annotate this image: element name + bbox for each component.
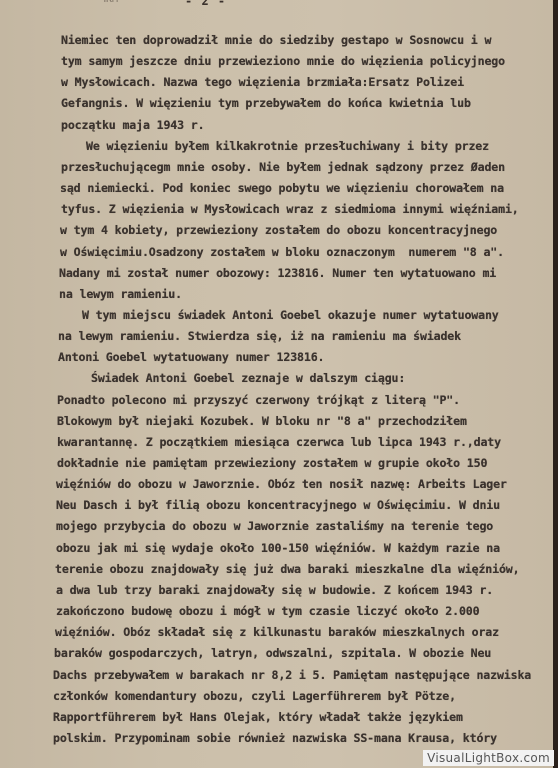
- text-line: Neu Dasch i był filią obozu koncentracyj…: [56, 498, 500, 512]
- text-line: początku maja 1943 r.: [61, 118, 204, 132]
- text-line: przesłuchującegm mnie osoby. Nie byłem j…: [61, 160, 505, 174]
- text-line: mojego przybycia do obozu w Jaworznie za…: [56, 519, 493, 533]
- text-line: dokładnie nie pamiętam przewieziony zost…: [57, 456, 487, 470]
- text-line: na lewym ramieniu. Stwierdza się, iż na …: [58, 329, 461, 343]
- page-edge-shadow: [553, 0, 558, 768]
- text-line: sąd niemiecki. Pod koniec swego pobytu w…: [60, 181, 504, 195]
- page-number: - 2 -: [185, 0, 226, 8]
- text-line: Dachs przebywałem w barakach nr 8,2 i 5.…: [53, 668, 531, 682]
- text-line: We więzieniu byłem kilkakrotnie przesłuc…: [86, 139, 489, 153]
- text-line: Ponadto polecono mi przyszyć czerwony tr…: [57, 393, 460, 407]
- text-line: Blokowym był niejaki Kozubek. W bloku nr…: [57, 414, 467, 428]
- text-line: a dwa lub trzy baraki znajdowały się w b…: [56, 583, 493, 597]
- text-line: Niemiec ten doprowadził mnie do siedziby…: [61, 33, 491, 47]
- text-line: Gefangnis. W więzieniu tym przebywałem d…: [61, 96, 471, 110]
- text-line: polskim. Przypominam sobie również nazwi…: [53, 731, 497, 745]
- text-line: w Oświęcimiu.Osadzony zostałem w bloku o…: [60, 245, 504, 259]
- text-line: tyfus. Z więzienia w Mysłowicach wraz z …: [61, 202, 519, 216]
- text-line: Nadany mi został numer obozowy: 123816. …: [59, 266, 496, 280]
- text-line: Świadek Antoni Goebel zeznaje w dalszym …: [91, 371, 405, 385]
- text-line: w tym 4 kobiety, przewieziony zostałem d…: [60, 223, 497, 237]
- document-page: ЧКМ - 2 - Niemiec ten doprowadził mnie d…: [0, 0, 553, 768]
- text-line: w Mysłowicach. Nazwa tego więzienia brzm…: [61, 75, 464, 89]
- text-line: Rapportführerem był Hans Olejak, który w…: [53, 710, 463, 724]
- text-line: terenie obozu znajdowały się już dwa bar…: [55, 562, 519, 576]
- text-line: więźniów do obozu w Jaworznie. Obóz ten …: [56, 477, 507, 491]
- text-line: baraków gospodarczych, latryn, odwszalni…: [54, 646, 491, 660]
- watermark: VisualLightBox.com: [423, 750, 554, 766]
- text-line: W tym miejscu świadek Antoni Goebel okaz…: [82, 308, 499, 322]
- text-line: zakończono budowę obozu i mógł w tym cza…: [56, 604, 479, 618]
- text-line: tym samym jeszcze dniu przewieziono mnie…: [61, 54, 505, 68]
- text-line: obozu jak mi się wydaje około 100-150 wi…: [56, 541, 500, 555]
- text-line: na lewym ramieniu.: [59, 287, 182, 301]
- text-line: więźniów. Obóz składał się z kilkunastu …: [55, 625, 499, 639]
- text-line: kwarantannę. Z początkiem miesiąca czerw…: [57, 435, 501, 449]
- text-line: Antoni Goebel wytatuowany numer 123816.: [58, 350, 324, 364]
- text-line: członków komendantury obozu, czyli Lager…: [53, 689, 456, 703]
- header-mark: ЧКМ: [100, 0, 118, 5]
